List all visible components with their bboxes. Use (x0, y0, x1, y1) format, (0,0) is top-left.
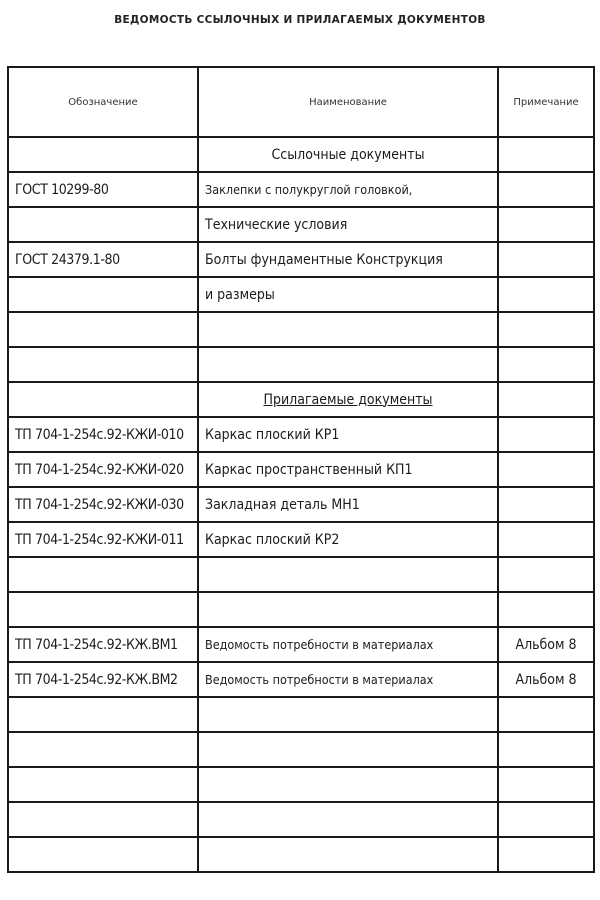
empty-row (8, 732, 594, 767)
note-cell (498, 592, 594, 627)
name-cell: Каркас плоский КР1 (198, 417, 498, 452)
table-row: ТП 704-1-254с.92-КЖ.ВМ2Ведомость потребн… (8, 662, 594, 697)
note-cell: Альбом 8 (498, 627, 594, 662)
note-cell: Альбом 8 (498, 662, 594, 697)
designation-cell (8, 767, 198, 802)
note-cell (498, 487, 594, 522)
name-cell: и размеры (198, 277, 498, 312)
designation-cell (8, 557, 198, 592)
designation-cell: ТП 704-1-254с.92-КЖИ-011 (8, 522, 198, 557)
note-cell (498, 277, 594, 312)
table-row: ТП 704-1-254с.92-КЖИ-011Каркас плоский К… (8, 522, 594, 557)
designation-cell (8, 837, 198, 872)
note-cell (498, 347, 594, 382)
name-cell: Ведомость потребности в материалах (198, 627, 498, 662)
table-row: и размеры (8, 277, 594, 312)
note-cell (498, 417, 594, 452)
note-cell (498, 242, 594, 277)
name-cell (198, 697, 498, 732)
designation-cell: ТП 704-1-254с.92-КЖ.ВМ1 (8, 627, 198, 662)
name-cell: Каркас плоский КР2 (198, 522, 498, 557)
designation-cell: ТП 704-1-254с.92-КЖИ-030 (8, 487, 198, 522)
section-heading: Прилагаемые документы (264, 392, 433, 408)
note-cell (498, 382, 594, 417)
name-cell: Технические условия (198, 207, 498, 242)
designation-cell: ГОСТ 10299-80 (8, 172, 198, 207)
note-cell (498, 312, 594, 347)
table-row: ГОСТ 24379.1-80Болты фундаментные Констр… (8, 242, 594, 277)
name-cell (198, 312, 498, 347)
empty-row (8, 767, 594, 802)
note-cell (498, 767, 594, 802)
designation-cell: ГОСТ 24379.1-80 (8, 242, 198, 277)
note-cell (498, 137, 594, 172)
name-cell: Каркас пространственный КП1 (198, 452, 498, 487)
empty-row (8, 557, 594, 592)
section-row: Прилагаемые документы (8, 382, 594, 417)
designation-cell (8, 382, 198, 417)
name-cell: Заклепки с полукруглой головкой, (198, 172, 498, 207)
designation-cell: ТП 704-1-254с.92-КЖИ-020 (8, 452, 198, 487)
designation-cell (8, 312, 198, 347)
designation-cell: ТП 704-1-254с.92-КЖ.ВМ2 (8, 662, 198, 697)
name-cell (198, 767, 498, 802)
note-cell (498, 732, 594, 767)
documents-table: Обозначение Наименование Примечание Ссыл… (7, 66, 595, 873)
designation-cell (8, 732, 198, 767)
note-cell (498, 452, 594, 487)
note-cell (498, 172, 594, 207)
name-cell (198, 557, 498, 592)
empty-row (8, 592, 594, 627)
note-cell (498, 557, 594, 592)
designation-cell (8, 697, 198, 732)
designation-cell (8, 802, 198, 837)
column-header-note: Примечание (498, 67, 594, 137)
note-cell (498, 837, 594, 872)
table-row: ТП 704-1-254с.92-КЖИ-010Каркас плоский К… (8, 417, 594, 452)
table-header-row: Обозначение Наименование Примечание (8, 67, 594, 137)
designation-cell (8, 347, 198, 382)
section-heading-cell: Ссылочные документы (198, 137, 498, 172)
empty-row (8, 802, 594, 837)
table-row: ТП 704-1-254с.92-КЖИ-030Закладная деталь… (8, 487, 594, 522)
designation-cell (8, 592, 198, 627)
designation-cell (8, 207, 198, 242)
name-cell (198, 592, 498, 627)
column-header-designation: Обозначение (8, 67, 198, 137)
empty-row (8, 347, 594, 382)
table-row: ГОСТ 10299-80Заклепки с полукруглой голо… (8, 172, 594, 207)
note-cell (498, 207, 594, 242)
name-cell (198, 802, 498, 837)
empty-row (8, 312, 594, 347)
document-title: ВЕДОМОСТЬ ССЫЛОЧНЫХ И ПРИЛАГАЕМЫХ ДОКУМЕ… (0, 14, 600, 26)
table-row: ТП 704-1-254с.92-КЖ.ВМ1Ведомость потребн… (8, 627, 594, 662)
name-cell (198, 347, 498, 382)
note-cell (498, 802, 594, 837)
designation-cell (8, 277, 198, 312)
name-cell: Закладная деталь МН1 (198, 487, 498, 522)
name-cell (198, 837, 498, 872)
designation-cell (8, 137, 198, 172)
name-cell: Болты фундаментные Конструкция (198, 242, 498, 277)
table-row: Технические условия (8, 207, 594, 242)
name-cell (198, 732, 498, 767)
empty-row (8, 837, 594, 872)
note-cell (498, 697, 594, 732)
table-row: ТП 704-1-254с.92-КЖИ-020Каркас пространс… (8, 452, 594, 487)
name-cell: Ведомость потребности в материалах (198, 662, 498, 697)
designation-cell: ТП 704-1-254с.92-КЖИ-010 (8, 417, 198, 452)
section-heading: Ссылочные документы (271, 147, 424, 163)
column-header-name: Наименование (198, 67, 498, 137)
section-row: Ссылочные документы (8, 137, 594, 172)
empty-row (8, 697, 594, 732)
section-heading-cell: Прилагаемые документы (198, 382, 498, 417)
note-cell (498, 522, 594, 557)
